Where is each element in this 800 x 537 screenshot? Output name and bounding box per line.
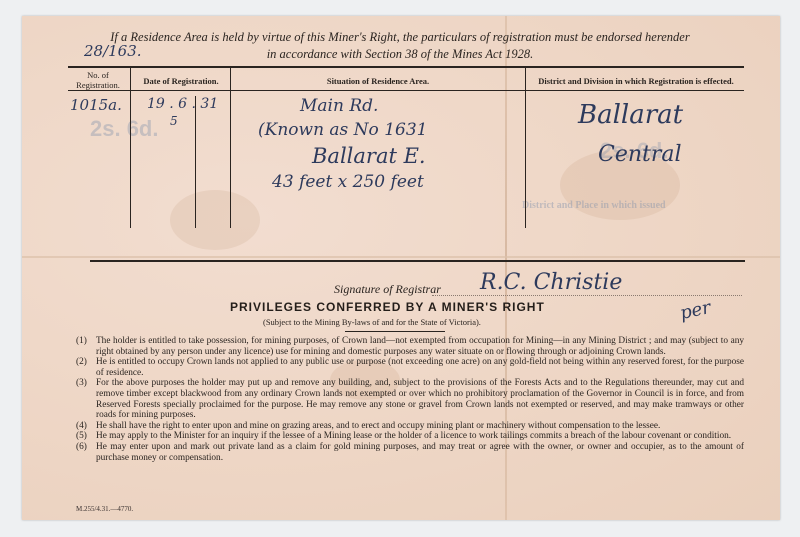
signature-line <box>432 295 742 296</box>
clause-5: (5)He may apply to the Minister for an i… <box>76 431 744 442</box>
situation-line-2: (Known as No 1631 <box>258 120 427 140</box>
column-header-date: Date of Registration. <box>133 76 229 86</box>
privileges-title: PRIVILEGES CONFERRED BY A MINER'S RIGHT <box>230 300 545 314</box>
fold-crease-horizontal <box>22 256 780 258</box>
faded-stamp-district: District and Place in which issued <box>522 200 666 211</box>
privileges-clauses: (1)The holder is entitled to take posses… <box>76 336 744 463</box>
registration-number: 1015a. <box>70 96 122 114</box>
table-top-rule <box>68 66 744 68</box>
table-col-divider <box>130 68 131 228</box>
date-mark: 5 <box>170 114 178 128</box>
clause-6: (6)He may enter upon and mark out privat… <box>76 442 744 463</box>
registration-date: 19 . 6 . 31 <box>147 96 218 112</box>
clause-1: (1)The holder is entitled to take posses… <box>76 336 744 357</box>
registrar-signature: R.C. Christie <box>480 270 622 295</box>
situation-line-1: Main Rd. <box>300 96 378 116</box>
signature-label: Signature of Registrar <box>334 282 441 297</box>
form-number: M.255/4.31.—4770. <box>76 505 133 513</box>
column-header-registration-no: No. of Registration. <box>68 70 128 90</box>
table-col-divider <box>525 68 526 228</box>
district-line-2: Central <box>598 142 682 167</box>
district-line-1: Ballarat <box>578 100 683 130</box>
table-col-divider <box>195 96 196 228</box>
table-header-rule <box>68 90 744 91</box>
header-instruction-line1: If a Residence Area is held by virtue of… <box>100 30 700 45</box>
table-col-divider <box>230 68 231 228</box>
faded-stamp-fee: 2s. 6d. <box>90 116 158 142</box>
paper-stain <box>170 190 260 250</box>
privileges-subtitle: (Subject to the Mining By-laws of and fo… <box>263 317 481 327</box>
situation-line-3: Ballarat E. <box>312 144 426 168</box>
header-instruction-line2: in accordance with Section 38 of the Min… <box>100 47 700 62</box>
column-header-situation: Situation of Residence Area. <box>232 76 524 86</box>
file-reference-handwritten: 28/163. <box>84 42 142 60</box>
clause-2: (2)He is entitled to occupy Crown lands … <box>76 357 744 378</box>
privileges-underline <box>345 331 445 332</box>
situation-line-4: 43 feet x 250 feet <box>272 172 424 192</box>
table-bottom-rule <box>90 260 745 262</box>
column-header-district: District and Division in which Registrat… <box>528 76 744 86</box>
clause-3: (3)For the above purposes the holder may… <box>76 378 744 420</box>
clause-4: (4)He shall have the right to enter upon… <box>76 421 744 432</box>
